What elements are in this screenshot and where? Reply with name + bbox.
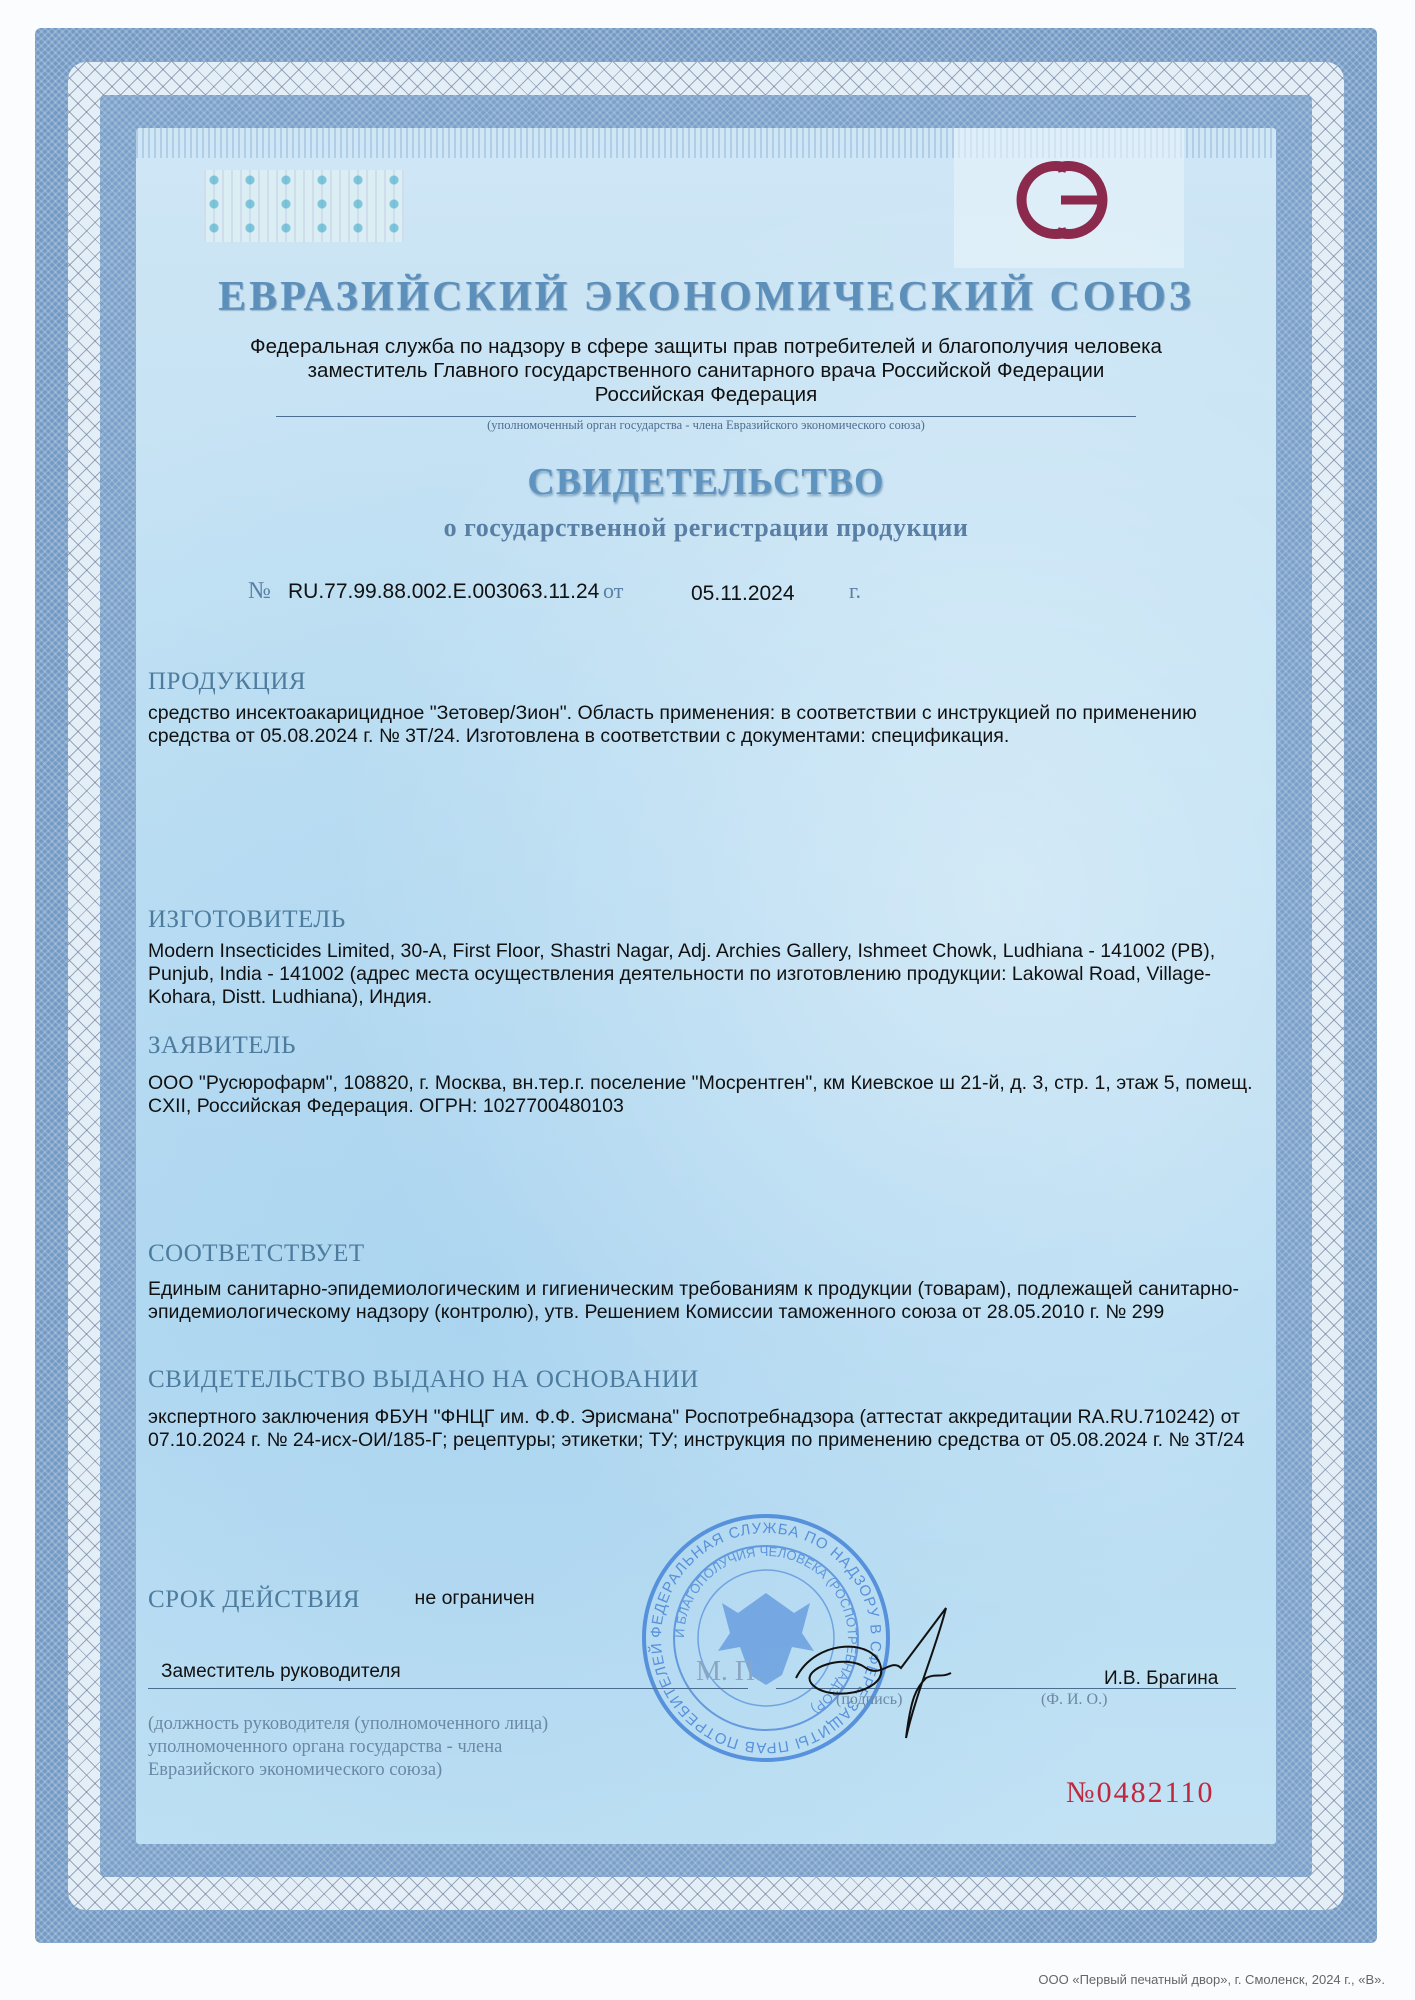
signer-name: И.В. Брагина — [1104, 1668, 1218, 1690]
from-label: от — [603, 578, 623, 604]
certificate-subtitle: о государственной регистрации продукции — [136, 513, 1276, 543]
section-heading: ИЗГОТОВИТЕЛЬ — [148, 906, 1268, 934]
section-body: Единым санитарно-эпидемиологическим и ги… — [148, 1278, 1268, 1324]
authority-line: Федеральная служба по надзору в сфере за… — [136, 335, 1276, 359]
section-heading: СВИДЕТЕЛЬСТВО ВЫДАНО НА ОСНОВАНИИ — [148, 1366, 1268, 1394]
section-heading: СРОК ДЕЙСТВИЯ — [148, 1586, 360, 1614]
section-heading: СООТВЕТСТВУЕТ — [148, 1240, 1268, 1268]
registration-number-line: № RU.77.99.88.002.E.003063.11.24 от 05.1… — [136, 578, 1276, 608]
hologram-security-strip — [204, 170, 404, 242]
section-issued-basis: СВИДЕТЕЛЬСТВО ВЫДАНО НА ОСНОВАНИИ экспер… — [148, 1366, 1268, 1452]
authority-underline — [276, 416, 1136, 417]
issuing-authority: Федеральная служба по надзору в сфере за… — [136, 335, 1276, 407]
printer-note: ООО «Первый печатный двор», г. Смоленск,… — [1038, 1972, 1385, 1987]
authority-line: Российская Федерация — [136, 383, 1276, 407]
section-heading: ЗАЯВИТЕЛЬ — [148, 1032, 1268, 1060]
logo-area — [954, 128, 1184, 268]
position-signature-line — [148, 1688, 748, 1689]
certificate-sheet: ЕВРАЗИЙСКИЙ ЭКОНОМИЧЕСКИЙ СОЮЗ Федеральн… — [136, 128, 1276, 1844]
position-caption: (должность руководителя (уполномоченного… — [148, 1713, 608, 1782]
section-validity: СРОК ДЕЙСТВИЯ не ограничен — [148, 1586, 535, 1614]
signer-position: Заместитель руководителя — [161, 1661, 401, 1683]
registration-date: 05.11.2024 — [691, 582, 795, 606]
registration-number: RU.77.99.88.002.E.003063.11.24 — [288, 580, 599, 604]
authority-caption: (уполномоченный орган государства - член… — [136, 418, 1276, 433]
section-body: ООО "Русюрофарм", 108820, г. Москва, вн.… — [148, 1072, 1268, 1118]
certificate-title: СВИДЕТЕЛЬСТВО — [136, 460, 1276, 504]
form-serial-number: №0482110 — [1066, 1776, 1215, 1810]
validity-value: не ограничен — [415, 1587, 535, 1610]
section-body: экспертного заключения ФБУН "ФНЦГ им. Ф.… — [148, 1406, 1268, 1452]
section-manufacturer: ИЗГОТОВИТЕЛЬ Modern Insecticides Limited… — [148, 906, 1268, 1009]
union-title: ЕВРАЗИЙСКИЙ ЭКОНОМИЧЕСКИЙ СОЮЗ — [136, 273, 1276, 321]
handwritten-signature-icon — [786, 1598, 956, 1748]
section-conforms: СООТВЕТСТВУЕТ Единым санитарно-эпидемиол… — [148, 1240, 1268, 1324]
section-applicant: ЗАЯВИТЕЛЬ ООО "Русюрофарм", 108820, г. М… — [148, 1032, 1268, 1118]
section-product: ПРОДУКЦИЯ средство инсектоакарицидное "З… — [148, 668, 1268, 748]
number-sign: № — [248, 578, 271, 605]
section-heading: ПРОДУКЦИЯ — [148, 668, 1268, 696]
section-body: средство инсектоакарицидное "Зетовер/Зио… — [148, 702, 1268, 748]
section-body: Modern Insecticides Limited, 30-A, First… — [148, 940, 1268, 1009]
name-caption: (Ф. И. О.) — [1041, 1691, 1107, 1709]
eurasian-conformity-mark-icon — [1009, 150, 1129, 250]
stamp-place-label: М. П. — [696, 1656, 762, 1688]
year-suffix: г. — [849, 578, 861, 604]
authority-line: заместитель Главного государственного са… — [136, 359, 1276, 383]
